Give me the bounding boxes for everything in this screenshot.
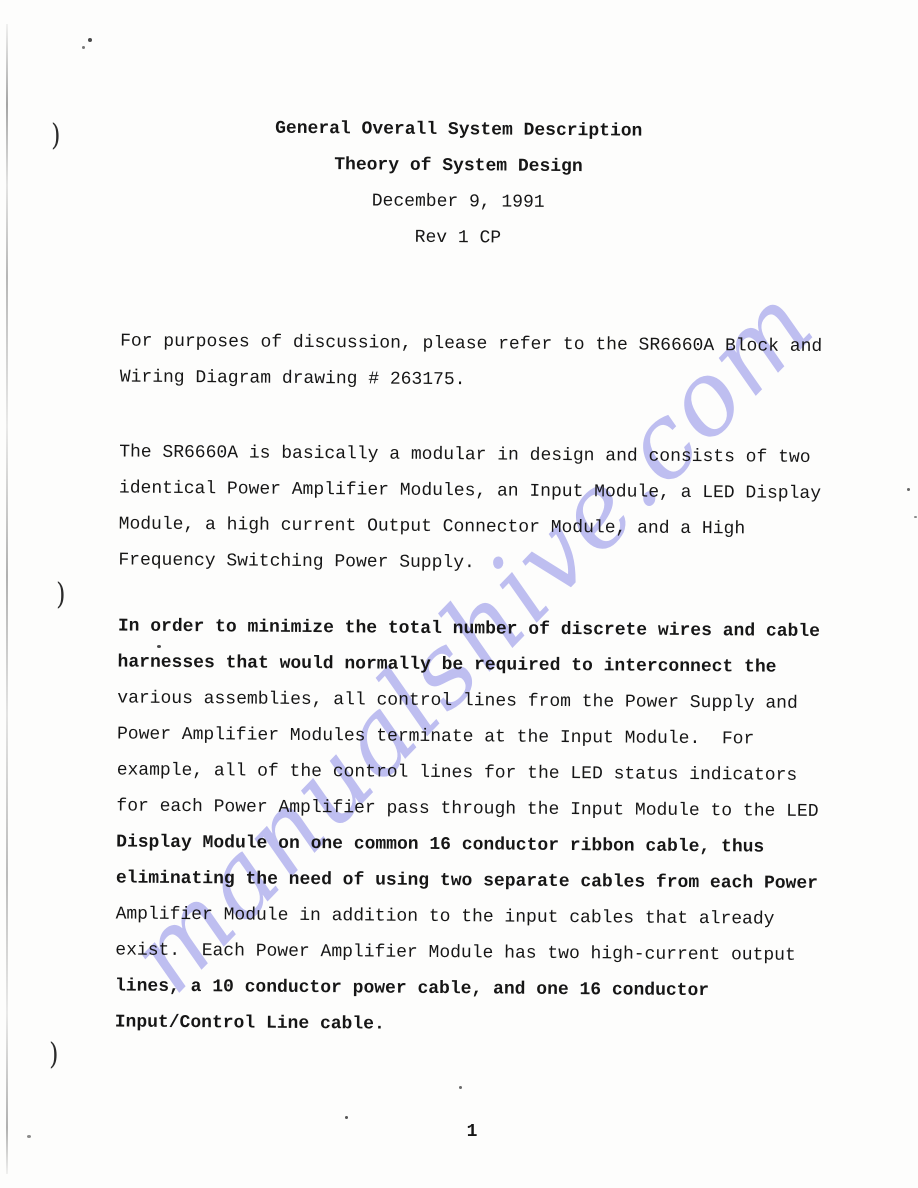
- text-line: For purposes of discussion, please refer…: [120, 323, 822, 365]
- text-line: lines, a 10 conductor power cable, and o…: [115, 968, 817, 1010]
- text-line: exist. Each Power Amplifier Module has t…: [115, 932, 817, 974]
- text-line: Display Module on one common 16 conducto…: [116, 824, 818, 866]
- text-line: various assemblies, all control lines fr…: [117, 680, 819, 722]
- text-line: example, all of the control lines for th…: [117, 752, 819, 794]
- text-line: Power Amplifier Modules terminate at the…: [117, 716, 819, 758]
- doc-revision: Rev 1 CP: [0, 217, 917, 260]
- text-line: Input/Control Line cable.: [115, 1004, 817, 1046]
- paragraph-3: In order to minimize the total number of…: [115, 608, 820, 1046]
- text-line: Wiring Diagram drawing # 263175.: [120, 359, 822, 401]
- document-content: General Overall System Description Theor…: [0, 0, 918, 1188]
- document-header: General Overall System Description Theor…: [0, 109, 918, 260]
- text-line: Module, a high current Output Connector …: [119, 506, 821, 548]
- text-line: In order to minimize the total number of…: [118, 608, 820, 650]
- paragraph-2: The SR6660A is basically a modular in de…: [118, 434, 821, 584]
- scanned-document-page: manualshive.com ) ) ) General Overall Sy…: [0, 0, 918, 1188]
- text-line: identical Power Amplifier Modules, an In…: [119, 470, 821, 512]
- text-line: Frequency Switching Power Supply.: [118, 542, 820, 584]
- text-line: The SR6660A is basically a modular in de…: [119, 434, 821, 476]
- text-line: for each Power Amplifier pass through th…: [116, 788, 818, 830]
- text-line: harnesses that would normally be require…: [117, 644, 819, 686]
- page-number: 1: [0, 1114, 918, 1150]
- text-line: eliminating the need of using two separa…: [116, 860, 818, 902]
- paragraph-1: For purposes of discussion, please refer…: [120, 323, 823, 401]
- text-line: Amplifier Module in addition to the inpu…: [115, 896, 817, 938]
